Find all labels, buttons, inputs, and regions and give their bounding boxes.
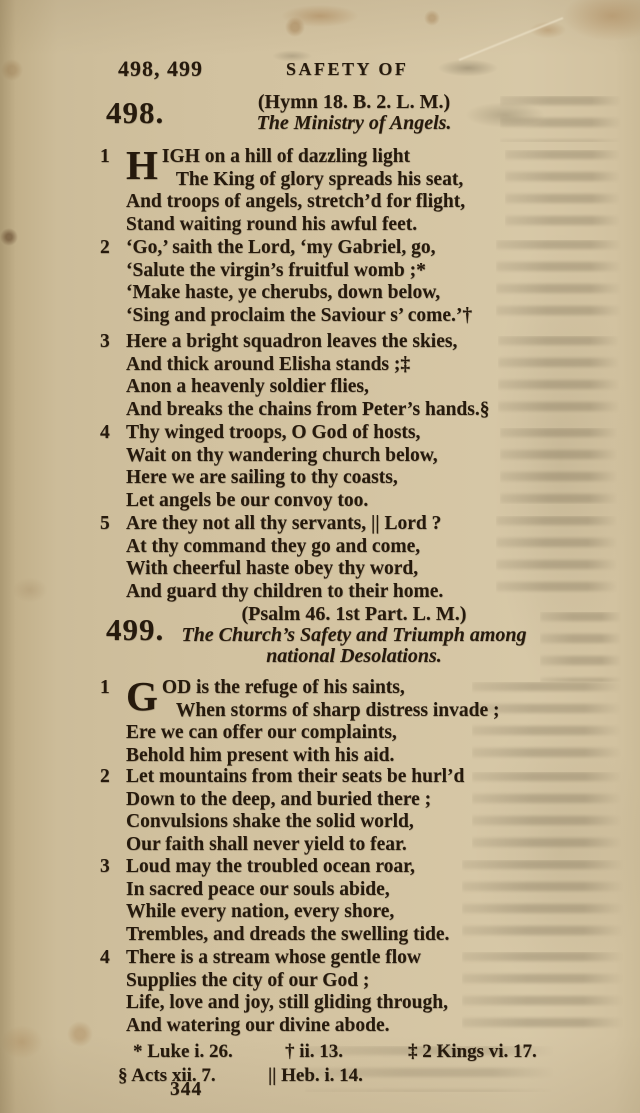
verse-lines: Are they not all thy servants, || Lord ?… <box>126 513 552 603</box>
verse-line: Wait on thy wandering church below, <box>126 445 552 468</box>
verse-line: Thy winged troops, O God of hosts, <box>126 422 552 445</box>
paper-scratch <box>459 17 564 61</box>
hymn-499-verse-4: 4 There is a stream whose gentle flow Su… <box>100 947 552 1037</box>
verse-lines: G OD is the refuge of his saints, When s… <box>126 677 552 767</box>
verse-number: 3 <box>100 331 126 421</box>
verse-line: Let mountains from their seats be hurl’d <box>126 766 552 789</box>
hymn-498-verse-5: 5 Are they not all thy servants, || Lord… <box>100 513 552 603</box>
hymn-498-verse-3: 3 Here a bright squadron leaves the skie… <box>100 331 552 421</box>
verse-line: The King of glory spreads his seat, <box>126 169 552 192</box>
hymn-499-heading: 499. (Psalm 46. 1st Part. L. M.) The Chu… <box>100 604 552 674</box>
verse-number: 5 <box>100 513 126 603</box>
verse-line: Down to the deep, and buried there ; <box>126 789 552 812</box>
hymn-498-verse-1: 1 H IGH on a hill of dazzling light The … <box>100 146 552 236</box>
verse-line: And breaks the chains from Peter’s hands… <box>126 399 552 422</box>
hymn-499-title-line2: national Desolations. <box>156 646 552 667</box>
hymn-498-number: 498. <box>106 95 164 131</box>
verse-line: While every nation, every shore, <box>126 901 552 924</box>
footnote-kings: ‡ 2 Kings vi. 17. <box>408 1041 537 1063</box>
hymn-499-verse-2: 2 Let mountains from their seats be hurl… <box>100 766 552 856</box>
verse-line: There is a stream whose gentle flow <box>126 947 552 970</box>
verse-number: 4 <box>100 422 126 512</box>
hymn-499-number: 499. <box>106 612 164 648</box>
verse-line: Loud may the troubled ocean roar, <box>126 856 552 879</box>
verse-line: ‘Make haste, ye cherubs, down below, <box>126 282 552 305</box>
verse-line: Life, love and joy, still gliding throug… <box>126 992 552 1015</box>
verse-line: In sacred peace our souls abide, <box>126 879 552 902</box>
verse-line: With cheerful haste obey thy word, <box>126 558 552 581</box>
verse-line: ‘Sing and proclaim the Saviour s’ come.’… <box>126 305 552 328</box>
hymn-498-meta: (Hymn 18. B. 2. L. M.) <box>156 92 552 113</box>
hymn-499-title-line1: The Church’s Safety and Triumph among <box>156 625 552 646</box>
verse-line: Stand waiting round his awful feet. <box>126 214 552 237</box>
verse-number: 1 <box>100 146 126 236</box>
verse-line: And thick around Elisha stands ;‡ <box>126 354 552 377</box>
verse-line: Here a bright squadron leaves the skies, <box>126 331 552 354</box>
footnote-row-1: * Luke i. 26. † ii. 13. ‡ 2 Kings vi. 17… <box>100 1041 560 1065</box>
hymn-498-title: The Ministry of Angels. <box>156 113 552 134</box>
verse-number: 2 <box>100 237 126 327</box>
drop-cap: H <box>126 147 158 185</box>
hymn-498-verse-2: 2 ‘Go,’ saith the Lord, ‘my Gabriel, go,… <box>100 237 552 327</box>
verse-lines: H IGH on a hill of dazzling light The Ki… <box>126 146 552 236</box>
verse-line: And guard thy children to their home. <box>126 581 552 604</box>
verse-lines: Let mountains from their seats be hurl’d… <box>126 766 552 856</box>
page-number: 344 <box>170 1079 202 1101</box>
footnote-dagger: † ii. 13. <box>285 1041 343 1063</box>
hymn-499-verse-3: 3 Loud may the troubled ocean roar, In s… <box>100 856 552 946</box>
verse-number: 3 <box>100 856 126 946</box>
verse-lines: Thy winged troops, O God of hosts, Wait … <box>126 422 552 512</box>
verse-line: Trembles, and dreads the swelling tide. <box>126 924 552 947</box>
header-page-refs: 498, 499 <box>118 56 203 82</box>
footnote-luke: * Luke i. 26. <box>133 1041 233 1063</box>
verse-line: And watering our divine abode. <box>126 1015 552 1038</box>
verse-line: IGH on a hill of dazzling light <box>126 146 552 169</box>
verse-line: Let angels be our convoy too. <box>126 490 552 513</box>
verse-line: Anon a heavenly soldier flies, <box>126 376 552 399</box>
verse-line: When storms of sharp distress invade ; <box>126 700 552 723</box>
verse-line: ‘Salute the virgin’s fruitful womb ;* <box>126 260 552 283</box>
footnote-hebrews: || Heb. i. 14. <box>268 1065 363 1087</box>
hymn-499-meta: (Psalm 46. 1st Part. L. M.) <box>156 604 552 625</box>
verse-line: Convulsions shake the solid world, <box>126 811 552 834</box>
verse-line: ‘Go,’ saith the Lord, ‘my Gabriel, go, <box>126 237 552 260</box>
footnote-row-2: § Acts xii. 7. || Heb. i. 14. <box>100 1065 560 1089</box>
verse-line: Behold him present with his aid. <box>126 745 552 768</box>
verse-line: At thy command they go and come, <box>126 536 552 559</box>
verse-line: And troops of angels, stretch’d for flig… <box>126 191 552 214</box>
bleed-through-text <box>540 612 622 682</box>
verse-line: Our faith shall never yield to fear. <box>126 834 552 857</box>
drop-cap: G <box>126 678 158 716</box>
header-running-title: SAFETY OF <box>286 59 408 80</box>
verse-line: Supplies the city of our God ; <box>126 970 552 993</box>
hymn-498-verse-4: 4 Thy winged troops, O God of hosts, Wai… <box>100 422 552 512</box>
verse-number: 4 <box>100 947 126 1037</box>
book-page-scan: 498, 499 SAFETY OF 498. (Hymn 18. B. 2. … <box>0 0 640 1113</box>
verse-number: 1 <box>100 677 126 767</box>
running-header: 498, 499 SAFETY OF <box>100 56 552 84</box>
verse-lines: ‘Go,’ saith the Lord, ‘my Gabriel, go, ‘… <box>126 237 552 327</box>
verse-number: 2 <box>100 766 126 856</box>
verse-line: Here we are sailing to thy coasts, <box>126 467 552 490</box>
hymn-498-heading: 498. (Hymn 18. B. 2. L. M.) The Ministry… <box>100 92 552 140</box>
verse-line: Ere we can offer our complaints, <box>126 722 552 745</box>
verse-lines: There is a stream whose gentle flow Supp… <box>126 947 552 1037</box>
hymn-499-verse-1: 1 G OD is the refuge of his saints, When… <box>100 677 552 767</box>
verse-lines: Here a bright squadron leaves the skies,… <box>126 331 552 421</box>
verse-line: OD is the refuge of his saints, <box>126 677 552 700</box>
verse-line: Are they not all thy servants, || Lord ? <box>126 513 552 536</box>
verse-lines: Loud may the troubled ocean roar, In sac… <box>126 856 552 946</box>
